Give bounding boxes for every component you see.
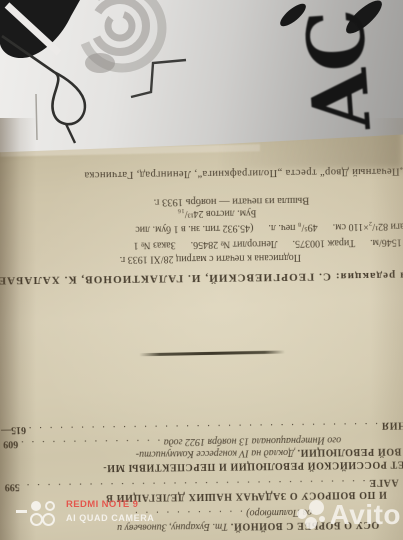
toc-entry: ов Политбюро) . . . . . . . . . . . . . … xyxy=(130,506,312,520)
colophon-signed-line: Подписана к печати с матриц 28/XI 1933 г… xyxy=(120,251,301,265)
redmi-model-label: REDMI NOTE 9 xyxy=(66,499,154,510)
colophon-sheets-line: Бум. листов 24¹³/₁₆ xyxy=(178,206,257,219)
toc-entry: МЕЧАНИЯ . . . . . . . . . . . . . . . . … xyxy=(1,418,403,435)
colophon-order-line: № 1546/м. Тираж 100375. Ленгорлит № 2845… xyxy=(133,235,403,250)
cover-letters: АС xyxy=(259,0,403,144)
avito-logo-icon xyxy=(296,498,330,532)
book-cover-fragment: АС xyxy=(0,0,403,162)
avito-watermark: Avito xyxy=(296,498,401,532)
quad-camera-icon xyxy=(16,499,60,529)
rotated-page-content: ОСУ О БОРЬБЕ С ВОЙНОЙ. Тт. Бухарину, Зин… xyxy=(0,148,403,540)
colophon-paper-line: умаги 82¹/₂×110 см. 49⁵/₈ печ. л. (45.93… xyxy=(135,219,403,234)
section-divider xyxy=(139,351,285,356)
colophon-published-line: Вышла из печати — ноябрь 1933 г. xyxy=(154,194,310,208)
avito-wordmark: Avito xyxy=(330,499,401,531)
colophon-printer-line: я „Печатный Двор“ треста „Полиграфкнига“… xyxy=(84,164,403,180)
redmi-watermark: REDMI NOTE 9 AI QUAD CAMERA xyxy=(16,499,154,529)
book-page-photo: ОСУ О БОРЬБЕ С ВОЙНОЙ. Тт. Бухарину, Зин… xyxy=(0,0,403,540)
redmi-camera-label: AI QUAD CAMERA xyxy=(66,513,154,523)
colophon-editors-line: ная редакция: С. ГЕОРГИЕВСКИЙ, И. ГАЛАКТ… xyxy=(0,269,403,286)
